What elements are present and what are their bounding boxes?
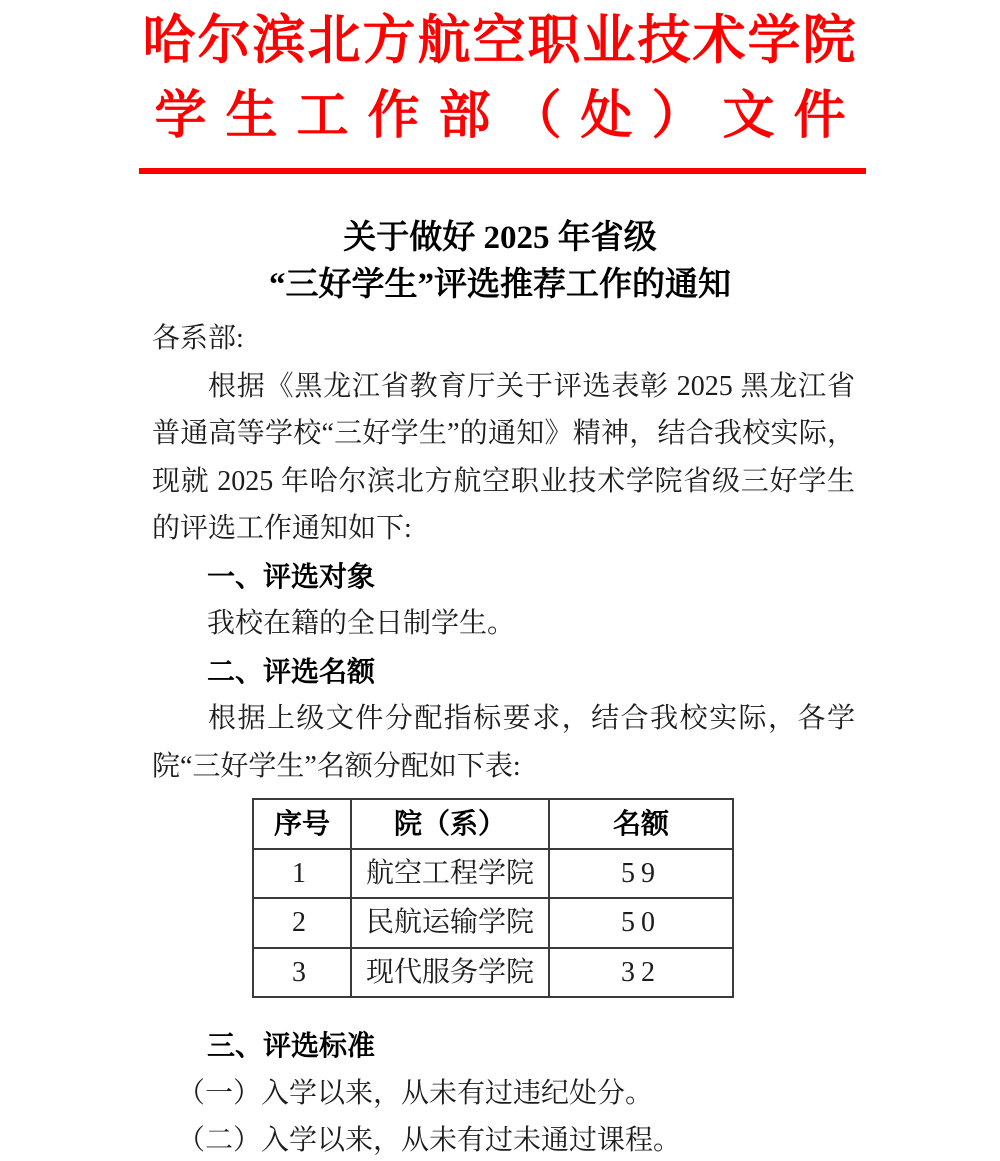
title-line2: “三好学生”评选推荐工作的通知 bbox=[0, 262, 1000, 309]
row-index: 1 bbox=[253, 849, 351, 899]
section-2-body: 根据上级文件分配指标要求，结合我校实际，各学院“三好学生”名额分配如下表: bbox=[152, 695, 855, 790]
letterhead: 哈尔滨北方航空职业技术学院 学生工作部（处）文件 bbox=[0, 0, 1000, 154]
row-index: 2 bbox=[253, 898, 351, 948]
row-department: 航空工程学院 bbox=[351, 849, 549, 899]
table-header-index: 序号 bbox=[253, 799, 351, 849]
table-row: 2 民航运输学院 50 bbox=[253, 898, 733, 948]
row-department: 现代服务学院 bbox=[351, 948, 549, 998]
table-header-department: 院（系） bbox=[351, 799, 549, 849]
document-body: 各系部: 根据《黑龙江省教育厅关于评选表彰 2025 黑龙江省普通高等学校“三好… bbox=[152, 315, 855, 1161]
criteria-item-2: （二）入学以来，从未有过未通过课程。 bbox=[152, 1117, 855, 1161]
row-department: 民航运输学院 bbox=[351, 898, 549, 948]
row-quota: 50 bbox=[549, 898, 733, 948]
title-line1: 关于做好 2025 年省级 bbox=[0, 215, 1000, 262]
letterhead-line1: 哈尔滨北方航空职业技术学院 bbox=[0, 2, 1000, 80]
section-1-heading: 一、评选对象 bbox=[152, 553, 855, 601]
quota-table: 序号 院（系） 名额 1 航空工程学院 59 2 民航运输学院 50 3 bbox=[252, 798, 734, 998]
section-1-body: 我校在籍的全日制学生。 bbox=[152, 600, 855, 648]
row-quota: 59 bbox=[549, 849, 733, 899]
document-page: 哈尔滨北方航空职业技术学院 学生工作部（处）文件 关于做好 2025 年省级 “… bbox=[0, 0, 1000, 1161]
section-3-heading: 三、评选标准 bbox=[152, 1022, 855, 1070]
row-quota: 32 bbox=[549, 948, 733, 998]
table-row: 3 现代服务学院 32 bbox=[253, 948, 733, 998]
table-row: 1 航空工程学院 59 bbox=[253, 849, 733, 899]
row-index: 3 bbox=[253, 948, 351, 998]
table-header-row: 序号 院（系） 名额 bbox=[253, 799, 733, 849]
section-2-heading: 二、评选名额 bbox=[152, 648, 855, 696]
document-title: 关于做好 2025 年省级 “三好学生”评选推荐工作的通知 bbox=[0, 215, 1000, 309]
letterhead-divider bbox=[139, 168, 866, 174]
letterhead-line2: 学生工作部（处）文件 bbox=[19, 80, 1000, 154]
criteria-item-1: （一）入学以来，从未有过违纪处分。 bbox=[152, 1070, 855, 1118]
intro-paragraph: 根据《黑龙江省教育厅关于评选表彰 2025 黑龙江省普通高等学校“三好学生”的通… bbox=[152, 363, 855, 553]
table-header-quota: 名额 bbox=[549, 799, 733, 849]
salutation: 各系部: bbox=[152, 315, 855, 363]
